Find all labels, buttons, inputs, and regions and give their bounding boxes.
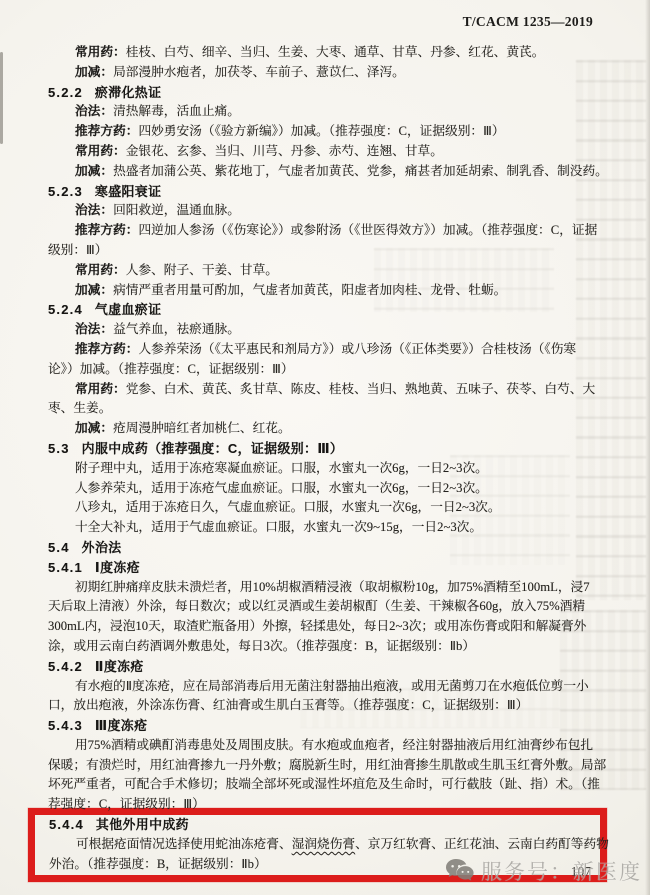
text-line: 可根据疮面情况选择使用蛇油冻疮膏、湿润烧伤膏、京万红软膏、正红花油、云南白药酊等… [49, 835, 600, 855]
field-label: 治法： [75, 203, 113, 217]
text-line: 用75%酒精或碘酊消毒患处及周围皮肤。有水疱或血疱者，经注射器抽液后用红油膏纱布… [48, 736, 618, 756]
section-number: 5.4.1 [48, 560, 83, 575]
section-heading: 5.2.4气虚血瘀证 [48, 300, 618, 320]
text-line: 口，放出疱液，外涂冻伤膏、红油膏或生肌白玉膏等。（推荐强度：C，证据级别：Ⅲ） [48, 696, 618, 716]
field-label: 常用药： [75, 144, 126, 158]
section-number: 5.2.3 [48, 184, 83, 199]
wechat-service-icon [445, 858, 475, 884]
section-title: 其他外用中成药 [96, 817, 189, 832]
section-heading: 5.2.2瘀滞化热证 [48, 83, 618, 103]
text-line: 300mL内，浸泡10天，取渣贮瓶备用）外擦，轻揉患处，每日2~3次；或用冻伤膏… [48, 617, 618, 637]
field-label: 常用药： [75, 45, 126, 59]
text-line: 加减：病情严重者用量可酌加，气虚者加黄芪，阳虚者加肉桂、龙骨、牡蛎。 [48, 281, 618, 301]
text-line: 附子理中丸，适用于冻疮寒凝血瘀证。口服，水蜜丸一次6g，一日2~3次。 [48, 459, 618, 479]
field-label: 推荐方药： [75, 223, 138, 237]
section-title: 外治法 [82, 540, 122, 555]
section-number: 5.4.2 [48, 659, 83, 674]
scan-edge-mark [0, 52, 3, 144]
text-line: 加减：热盛者加蒲公英、紫花地丁，气虚者加黄芪、党参，痛甚者加延胡索、制乳香、制没… [48, 162, 618, 182]
watermark-text: 服务号：新医度 [481, 856, 642, 886]
section-number: 5.4.3 [48, 718, 83, 733]
text-line: 级别：Ⅲ） [48, 241, 618, 261]
field-label: 加减： [75, 164, 113, 178]
text-line: 常用药：党参、白术、黄芪、炙甘草、陈皮、桂枝、当归、熟地黄、五味子、茯苓、白芍、… [48, 380, 618, 400]
section-heading: 5.2.3寒盛阳衰证 [48, 182, 618, 202]
section-title: 瘀滞化热证 [95, 85, 161, 100]
text-line: 论》）加减。（推荐强度：C，证据级别：Ⅲ） [48, 360, 618, 380]
field-label: 常用药： [75, 382, 126, 396]
field-label: 加减： [75, 65, 113, 79]
section-number: 5.4 [48, 540, 70, 555]
text-line: 治法：清热解毒，活血止痛。 [48, 102, 618, 122]
text-line: 坏死严重者，可配合手术修切；肢端全部坏死或湿性坏疽危及生命时，可行截肢（趾、指）… [48, 775, 618, 795]
section-title: 气虚血瘀证 [95, 302, 161, 317]
section-heading: 5.4.1Ⅰ度冻疮 [48, 558, 618, 578]
text-line: 治法：益气养血，祛瘀通脉。 [48, 320, 618, 340]
section-heading: 5.4.2Ⅱ度冻疮 [48, 657, 618, 677]
section-title: 内服中成药（推荐强度：C，证据级别：Ⅲ） [82, 441, 344, 456]
page-edge-shadow [645, 0, 650, 895]
section-title: 寒盛阳衰证 [95, 184, 161, 199]
section-title: Ⅱ度冻疮 [95, 659, 144, 674]
field-label: 治法： [75, 104, 113, 118]
field-label: 常用药： [75, 263, 126, 277]
text-line: 常用药：桂枝、白芍、细辛、当归、生姜、大枣、通草、甘草、丹参、红花、黄芪。 [48, 43, 618, 63]
text-line: 有水疱的Ⅱ度冻疮，应在局部消毒后用无菌注射器抽出疱液，或用无菌剪刀在水疱低位剪一… [48, 677, 618, 697]
standard-code: T/CACM 1235—2019 [463, 14, 593, 30]
section-heading: 5.4.3Ⅲ度冻疮 [48, 716, 618, 736]
section-title: Ⅲ度冻疮 [95, 718, 147, 733]
text-line: 推荐方药：人参养荣汤（《太平惠民和剂局方》）或八珍汤（《正体类要》）合桂枝汤（《… [48, 340, 618, 360]
field-label: 加减： [75, 283, 113, 297]
text-line: 推荐方药：四逆加人参汤（《伤寒论》）或参附汤（《世医得效方》）加减。（推荐强度：… [48, 221, 618, 241]
text-line: 治法：回阳救逆，温通血脉。 [48, 201, 618, 221]
field-label: 推荐方药： [75, 342, 138, 356]
text-line: 加减：局部漫肿水疱者，加茯苓、车前子、薏苡仁、泽泻。 [48, 63, 618, 83]
field-label: 推荐方药： [75, 124, 138, 138]
section-number: 5.2.2 [48, 85, 83, 100]
field-label: 加减： [75, 421, 113, 435]
scanned-document-page: T/CACM 1235—2019 常用药：桂枝、白芍、细辛、当归、生姜、大枣、通… [0, 0, 650, 895]
text-line: 十全大补丸，适用于气虚血瘀证。口服，水蜜丸一次9~15g，一日2~3次。 [48, 518, 618, 538]
section-heading: 5.4外治法 [48, 538, 618, 558]
section-title: Ⅰ度冻疮 [95, 560, 140, 575]
text-line: 加减：疮周漫肿暗红者加桃仁、红花。 [48, 419, 618, 439]
text-line: 常用药：金银花、玄参、当归、川芎、丹参、赤芍、连翘、甘草。 [48, 142, 618, 162]
text-line: 人参养荣丸，适用于冻疮气虚血瘀证。口服，水蜜丸一次6g，一日2~3次。 [48, 479, 618, 499]
text-line: 涂，或用云南白药酒调外敷患处，每日3次。（推荐强度：B，证据级别：Ⅱb） [48, 637, 618, 657]
section-number: 5.4.4 [49, 817, 84, 832]
section-heading: 5.4.4其他外用中成药 [49, 815, 600, 835]
watermark: 服务号：新医度 [445, 856, 642, 886]
field-label: 治法： [75, 322, 113, 336]
section-heading: 5.3内服中成药（推荐强度：C，证据级别：Ⅲ） [48, 439, 618, 459]
text-line: 保暖；有溃烂时，用红油膏掺九一丹外敷；腐脱新生时，用红油膏掺生肌散或生肌玉红膏外… [48, 756, 618, 776]
text-line: 八珍丸，适用于冻疮日久，气虚血瘀证。口服，水蜜丸一次6g，一日2~3次。 [48, 498, 618, 518]
text-line: 推荐方药：四妙勇安汤（《验方新编》）加减。（推荐强度：C，证据级别：Ⅲ） [48, 122, 618, 142]
text-line: 常用药：人参、附子、干姜、甘草。 [48, 261, 618, 281]
text-line: 初期红肿痛痒皮肤未溃烂者，用10%胡椒酒精浸液（取胡椒粉10g，加75%酒精至1… [48, 578, 618, 598]
text-line: 天后取上清液）外涂，每日数次；或以红灵酒或生姜胡椒酊（生姜、干辣椒各60g，放入… [48, 597, 618, 617]
document-body: 常用药：桂枝、白芍、细辛、当归、生姜、大枣、通草、甘草、丹参、红花、黄芪。加减：… [0, 43, 650, 874]
wavy-underlined-term: 湿润烧伤膏 [292, 837, 355, 851]
section-number: 5.3 [48, 441, 70, 456]
section-number: 5.2.4 [48, 302, 83, 317]
text-line: 枣、生姜。 [48, 399, 618, 419]
